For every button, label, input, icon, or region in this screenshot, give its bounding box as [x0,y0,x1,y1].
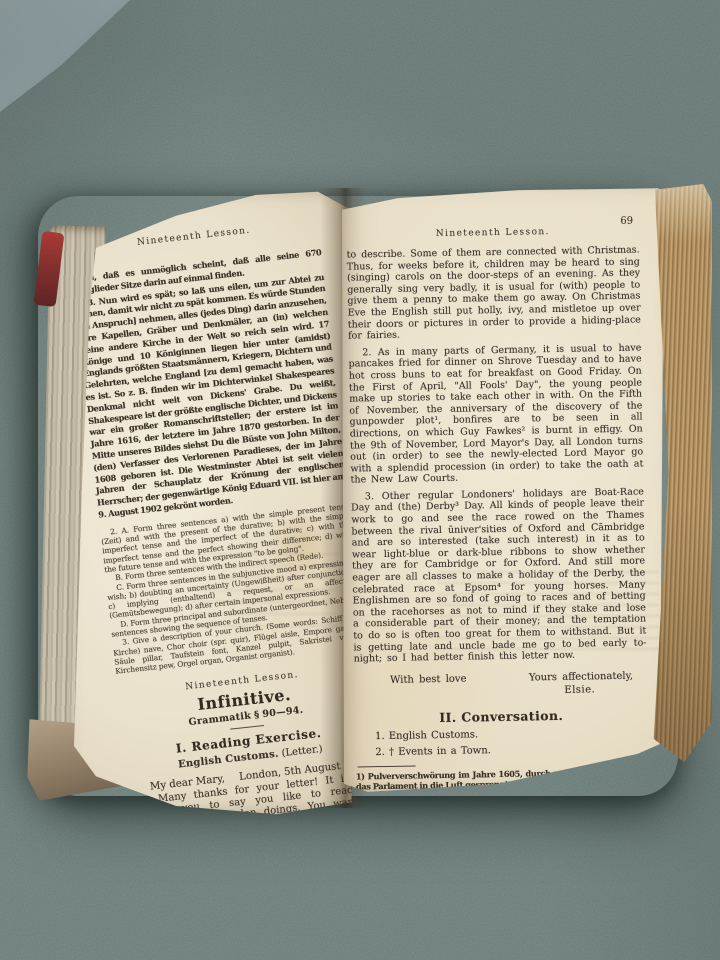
english-paragraph-2: 2. As in many parts of Germany, it is us… [348,342,643,486]
footnote-rule [358,765,416,767]
closing-left: With best love [390,673,467,685]
conversation-item-1: 1. English Customs. [375,726,648,742]
letter-label: (Letter.) [281,744,323,759]
english-paragraph-3: 3. Other regular Londoners' holidays are… [351,486,647,665]
conversation-heading: II. Conversation. [355,706,648,726]
open-book: Nineteenth Lesson. 68 klein, daß es unmö… [0,0,720,960]
right-running-head: Nineteenth Lesson. [436,227,550,239]
conversation-item-2: 2. † Events in a Town. [375,742,648,758]
english-paragraph-1: to describe. Some of them are connected … [347,244,642,342]
photo-of-open-book: Nineteenth Lesson. 68 klein, daß es unmö… [0,0,720,960]
closing-right: Yours affectionately, [529,670,633,683]
signature: Elsie. [354,683,647,699]
right-page: Nineteenth Lesson. 69 to describe. Some … [338,184,672,798]
right-page-header-row: Nineteenth Lesson. 69 [346,217,639,241]
left-page: Nineteenth Lesson. 68 klein, daß es unmö… [56,186,356,818]
right-page-number: 69 [620,216,633,227]
section-divider [230,725,264,730]
german-paragraph-2: 3. Nun wird es spät; so laß uns eilen, u… [75,271,348,521]
